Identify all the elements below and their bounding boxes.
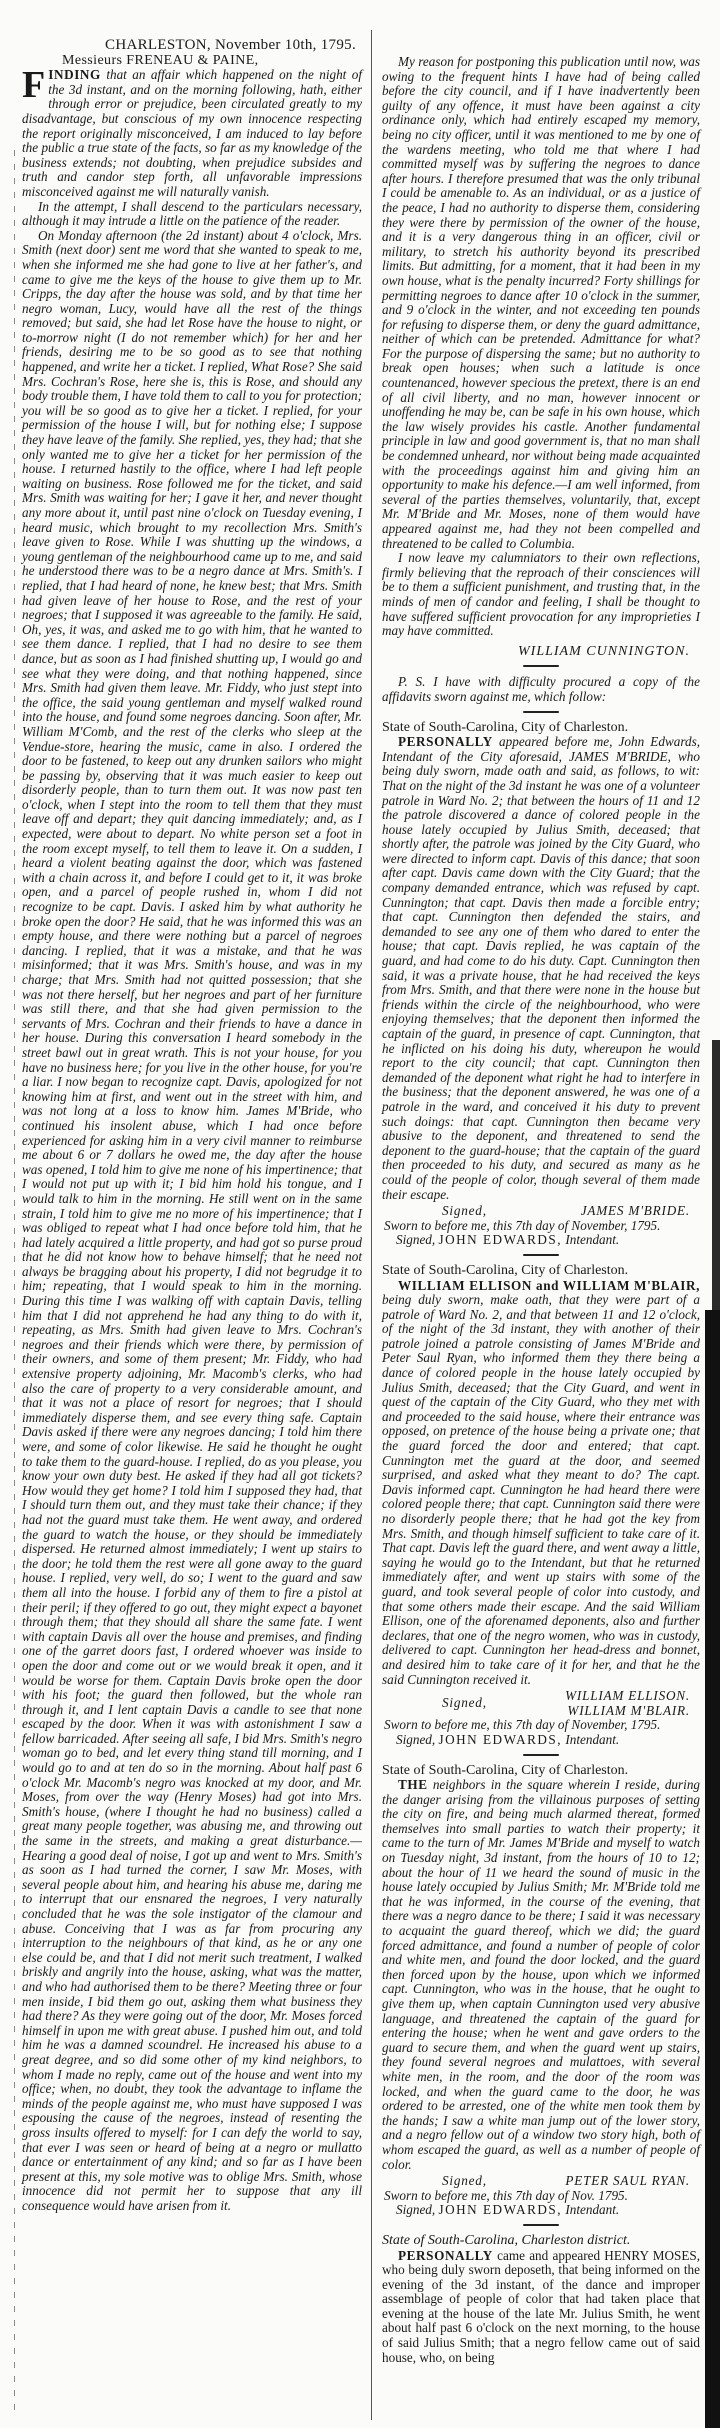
signed-row: Signed, JAMES M'BRIDE. [382,1202,700,1219]
letter-paragraph-3: On Monday afternoon (the 2d instant) abo… [22,229,362,2214]
lead-caps: PERSONALLY [398,734,493,749]
body-text: appeared before me, John Edwards, Intend… [382,734,700,1201]
affidavit-ryan: State of South-Carolina, City of Charles… [382,1764,700,2218]
lead-caps: PERSONALLY [398,2248,493,2263]
affidavit-heading: State of South-Carolina, City of Charles… [382,721,700,736]
affidavit-mbride: State of South-Carolina, City of Charles… [382,721,700,1248]
sworn-line: Sworn to before me, this 7th day of Nov.… [382,2189,700,2204]
lead-caps: THE [398,1777,428,1792]
rule-ornament [523,711,559,713]
intendant-name: JOHN EDWARDS, [439,1732,563,1747]
affidavit-body: WILLIAM ELLISON and WILLIAM M'BLAIR, bei… [382,1279,700,1688]
lead-caps: WILLIAM ELLISON and WILLIAM M'BLAIR, [398,1278,700,1293]
column-left: CHARLESTON, November 10th, 1795. Messieu… [22,38,362,2213]
signed-label: Signed, [396,1732,435,1747]
affidavit-body: PERSONALLY came and appeared HENRY MOSES… [382,2249,700,2366]
salutation: Messieurs FRENEAU & PAINE, [22,54,362,69]
signer: JAMES M'BRIDE. [581,1203,690,1218]
affidavit-body: THE neighbors in the square wherein I re… [382,1778,700,2172]
newspaper-page: CHARLESTON, November 10th, 1795. Messieu… [0,0,720,2428]
signed-label: Signed, [442,2174,487,2189]
signer: PETER SAUL RYAN. [565,2173,690,2188]
rule-ornament [523,2224,559,2226]
rule-ornament [523,1754,559,1756]
letter-paragraph-2: In the attempt, I shall descend to the p… [22,200,362,229]
letter-paragraph-5: I now leave my calumniators to their own… [382,551,700,639]
intendant-title: Intendant. [565,1732,619,1747]
signer-names: PETER SAUL RYAN. [565,2174,690,2189]
affidavit-moses: State of South-Carolina, Charleston dist… [382,2234,700,2365]
intendant-signature: Signed, JOHN EDWARDS, Intendant. [382,2203,700,2218]
signed-label: Signed, [396,1232,435,1247]
affidavit-heading: State of South-Carolina, City of Charles… [382,1264,700,1279]
body-text: being duly sworn, make oath, that they w… [382,1292,700,1686]
signer-names: JAMES M'BRIDE. [581,1204,690,1219]
drop-cap: F [22,70,45,100]
sworn-line: Sworn to before me, this 7th day of Nove… [382,1718,700,1733]
intendant-name: JOHN EDWARDS, [439,2202,563,2217]
letter-signature: WILLIAM CUNNINGTON. [382,645,690,660]
opening-caps: INDING [48,67,101,82]
rule-ornament [523,665,559,667]
signed-row: Signed, PETER SAUL RYAN. [382,2172,700,2189]
intendant-title: Intendant. [565,1232,619,1247]
affidavit-heading: State of South-Carolina, City of Charles… [382,1764,700,1779]
paragraph-text: that an affair which happened on the nig… [22,67,362,199]
signed-label: Signed, [442,1204,487,1219]
sworn-line: Sworn to before me, this 7th day of Nove… [382,1219,700,1234]
intendant-signature: Signed, JOHN EDWARDS, Intendant. [382,1733,700,1748]
column-right: My reason for postponing this publicatio… [382,55,700,2365]
rule-ornament [523,1254,559,1256]
signed-row: Signed, WILLIAM ELLISON. WILLIAM M'BLAIR… [382,1687,700,1718]
dateline: CHARLESTON, November 10th, 1795. [22,38,362,53]
body-text: came and appeared HENRY MOSES, who being… [382,2248,700,2365]
scan-edge-shadow [712,1040,720,1310]
column-divider [371,30,372,2420]
intendant-name: JOHN EDWARDS, [439,1232,563,1247]
signed-label: Signed, [396,2202,435,2217]
affidavit-ellison-mblair: State of South-Carolina, City of Charles… [382,1264,700,1748]
intendant-signature: Signed, JOHN EDWARDS, Intendant. [382,1233,700,1248]
signed-label: Signed, [442,1696,487,1711]
scan-edge-bar [705,1310,720,2428]
signer-names: WILLIAM ELLISON. WILLIAM M'BLAIR. [565,1689,690,1718]
signer: WILLIAM M'BLAIR. [565,1704,690,1719]
intendant-title: Intendant. [565,2202,619,2217]
signer: WILLIAM ELLISON. [565,1689,690,1704]
left-margin-rule [14,150,15,2410]
affidavit-body: PERSONALLY appeared before me, John Edwa… [382,735,700,1202]
letter-paragraph-1: FINDING that an affair which happened on… [22,68,362,199]
postscript: P. S. I have with difficulty procured a … [382,675,700,704]
affidavit-heading: State of South-Carolina, Charleston dist… [382,2234,700,2249]
letter-paragraph-4: My reason for postponing this publicatio… [382,55,700,551]
body-text: neighbors in the square wherein I reside… [382,1777,700,2171]
